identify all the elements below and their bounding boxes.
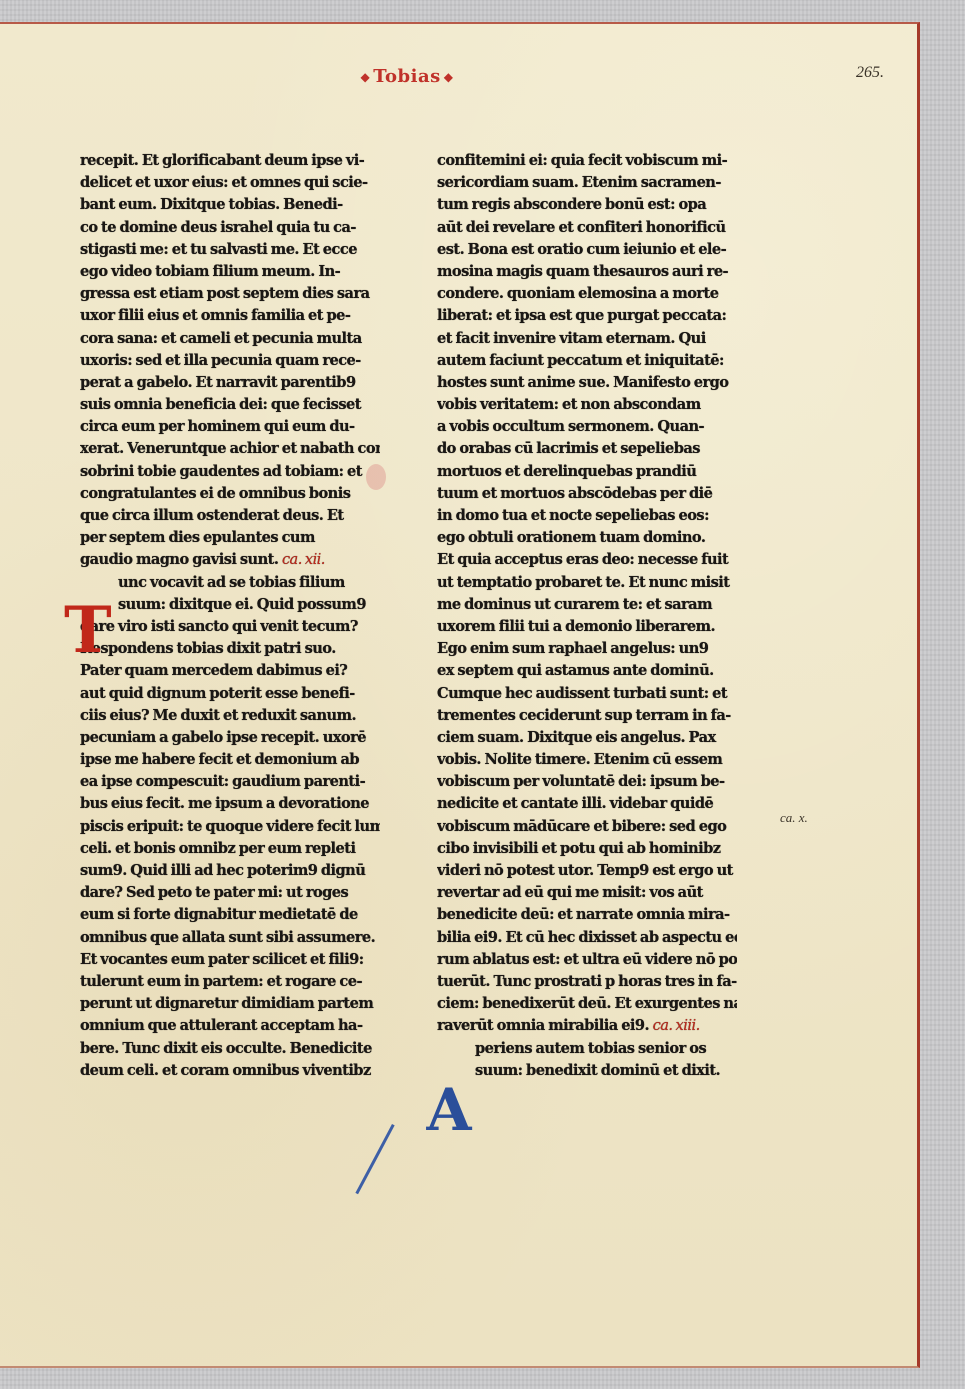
text-line: cibo invisibili et potu qui ab hominibz (437, 838, 737, 860)
text-line: me dominus ut curarem te: et saram (437, 594, 737, 616)
text-line: recepit. Et glorificabant deum ipse vi- (80, 150, 380, 172)
text-line: trementes ceciderunt sup terram in fa- (437, 705, 737, 727)
text-line: gressa est etiam post septem dies sara (80, 283, 380, 305)
text-line: vobiscum mādūcare et bibere: sed ego (437, 816, 737, 838)
text-line: delicet et uxor eius: et omnes qui scie- (80, 172, 380, 194)
text-line: per septem dies epulantes cum (80, 527, 380, 549)
text-line: vobiscum per voluntatē dei: ipsum be- (437, 771, 737, 793)
chapter-mark: ca. xiii. (653, 1017, 700, 1034)
text-line: tuum et mortuos abscōdebas per diē (437, 483, 737, 505)
text-line: hostes sunt anime sue. Manifesto ergo (437, 372, 737, 394)
text-line: sum9. Quid illi ad hec poterim9 dignū (80, 860, 380, 882)
text-line: Cumque hec audissent turbati sunt: et (437, 683, 737, 705)
text-line: tuerūt. Tunc prostrati p horas tres in f… (437, 971, 737, 993)
text-line: benedicite deū: et narrate omnia mira- (437, 904, 737, 926)
chapter-mark: ca. xii. (282, 551, 325, 568)
text-line: bant eum. Dixitque tobias. Benedi- (80, 194, 380, 216)
text-line: tulerunt eum in partem: et rogare ce- (80, 971, 380, 993)
text-line: nedicite et cantate illi. videbar quidē (437, 793, 737, 815)
text-line: sericordiam suam. Etenim sacramen- (437, 172, 737, 194)
text-line: periens autem tobias senior os (437, 1038, 737, 1060)
text-line: dare? Sed peto te pater mi: ut roges (80, 882, 380, 904)
text-line: que circa illum ostenderat deus. Et (80, 505, 380, 527)
text-line: raverūt omnia mirabilia ei9. ca. xiii. (437, 1015, 737, 1037)
text-line: ea ipse compescuit: gaudium parenti- (80, 771, 380, 793)
text-line: ut temptatio probaret te. Et nunc misit (437, 572, 737, 594)
text-line: est. Bona est oratio cum ieiunio et ele- (437, 239, 737, 261)
ornament-icon: ◆ (444, 70, 454, 84)
text-line: Pater quam mercedem dabimus ei? (80, 660, 380, 682)
text-segment: gaudio magno gavisi sunt. (80, 551, 278, 568)
text-line: ipse me habere fecit et demonium ab (80, 749, 380, 771)
text-line: mosina magis quam thesauros auri re- (437, 261, 737, 283)
text-line: deum celi. et coram omnibus viventibz (80, 1060, 380, 1082)
text-line: perunt ut dignaretur dimidiam partem (80, 993, 380, 1015)
text-line: autem faciunt peccatum et iniquitatē: (437, 350, 737, 372)
text-line: eum si forte dignabitur medietatē de (80, 904, 380, 926)
text-line: bilia ei9. Et cū hec dixisset ab aspectu… (437, 927, 737, 949)
text-line: xerat. Veneruntque achior et nabath con- (80, 438, 380, 460)
text-line: celi. et bonis omnibz per eum repleti (80, 838, 380, 860)
text-line: vobis veritatem: et non abscondam (437, 394, 737, 416)
text-line: stigasti me: et tu salvasti me. Et ecce (80, 239, 380, 261)
text-line: aut quid dignum poterit esse benefi- (80, 683, 380, 705)
marginal-note: ca. x. (780, 810, 808, 826)
text-line: condere. quoniam elemosina a morte (437, 283, 737, 305)
text-line: in domo tua et nocte sepeliebas eos: (437, 505, 737, 527)
text-line: do orabas cū lacrimis et sepeliebas (437, 438, 737, 460)
text-line: suis omnia beneficia dei: que fecisset (80, 394, 380, 416)
text-line: pecuniam a gabelo ipse recepit. uxorē (80, 727, 380, 749)
manuscript-page: ◆Tobias◆ 265. recepit. Et glorificabant … (0, 22, 920, 1368)
text-line: Et vocantes eum pater scilicet et fili9: (80, 949, 380, 971)
text-line: Et quia acceptus eras deo: necesse fuit (437, 549, 737, 571)
text-line: confitemini ei: quia fecit vobiscum mi- (437, 150, 737, 172)
text-line: ciem: benedixerūt deū. Et exurgentes nar… (437, 993, 737, 1015)
text-line: suum: dixitque ei. Quid possum9 (80, 594, 380, 616)
rubricated-initial-t: T (64, 601, 106, 663)
text-line: ex septem qui astamus ante dominū. (437, 660, 737, 682)
text-line: videri nō potest utor. Temp9 est ergo ut (437, 860, 737, 882)
text-line: ciem suam. Dixitque eis angelus. Pax (437, 727, 737, 749)
text-line: vobis. Nolite timere. Etenim cū essem (437, 749, 737, 771)
text-line: circa eum per hominem qui eum du- (80, 416, 380, 438)
text-line: omnibus que allata sunt sibi assumere. (80, 927, 380, 949)
text-line: bere. Tunc dixit eis occulte. Benedicite (80, 1038, 380, 1060)
folio-number: 265. (856, 64, 884, 82)
text-line: aūt dei revelare et confiteri honorificū (437, 217, 737, 239)
text-line: revertar ad eū qui me misit: vos aūt (437, 882, 737, 904)
text-line: gaudio magno gavisi sunt. ca. xii. (80, 549, 380, 571)
text-line: perat a gabelo. Et narravit parentib9 (80, 372, 380, 394)
ornament-icon: ◆ (360, 70, 370, 84)
text-line: co te domine deus israhel quia tu ca- (80, 217, 380, 239)
text-line: Respondens tobias dixit patri suo. (80, 638, 380, 660)
text-line: congratulantes ei de omnibus bonis (80, 483, 380, 505)
text-line: uxorem filii tui a demonio liberarem. (437, 616, 737, 638)
left-column: recepit. Et glorificabant deum ipse vi- … (80, 150, 380, 1082)
text-line: piscis eripuit: te quoque videre fecit l… (80, 816, 380, 838)
text-line: rum ablatus est: et ultra eū videre nō p… (437, 949, 737, 971)
text-line: unc vocavit ad se tobias filium (80, 572, 380, 594)
text-line: tum regis abscondere bonū est: opa (437, 194, 737, 216)
text-line: liberat: et ipsa est que purgat peccata: (437, 305, 737, 327)
running-head-title: Tobias (373, 66, 441, 87)
text-line: ego obtuli orationem tuam domino. (437, 527, 737, 549)
text-line: suum: benedixit dominū et dixit. (437, 1060, 737, 1082)
text-line: a vobis occultum sermonem. Quan- (437, 416, 737, 438)
text-line: dare viro isti sancto qui venit tecum? (80, 616, 380, 638)
text-line: uxor filii eius et omnis familia et pe- (80, 305, 380, 327)
text-line: omnium que attulerant acceptam ha- (80, 1015, 380, 1037)
running-head: ◆Tobias◆ (352, 66, 462, 87)
text-line: sobrini tobie gaudentes ad tobiam: et (80, 461, 380, 483)
text-line: bus eius fecit. me ipsum a devoratione (80, 793, 380, 815)
blue-initial-a: A (425, 1082, 473, 1138)
right-column: confitemini ei: quia fecit vobiscum mi- … (437, 150, 737, 1082)
text-line: uxoris: sed et illa pecunia quam rece- (80, 350, 380, 372)
text-line: et facit invenire vitam eternam. Qui (437, 328, 737, 350)
text-line: ciis eius? Me duxit et reduxit sanum. (80, 705, 380, 727)
initial-flourish (355, 1124, 394, 1194)
text-line: ego video tobiam filium meum. In- (80, 261, 380, 283)
text-line: Ego enim sum raphael angelus: un9 (437, 638, 737, 660)
text-line: mortuos et derelinquebas prandiū (437, 461, 737, 483)
text-line: cora sana: et cameli et pecunia multa (80, 328, 380, 350)
text-segment: raverūt omnia mirabilia ei9. (437, 1017, 649, 1034)
